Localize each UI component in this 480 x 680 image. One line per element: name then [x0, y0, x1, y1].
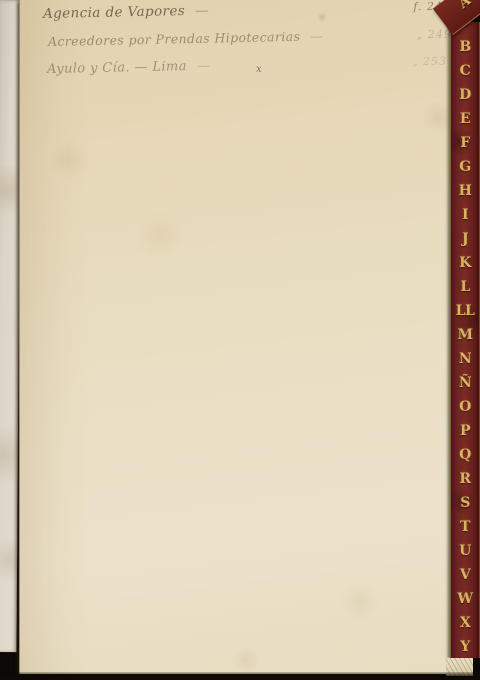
- scanned-ledger-index-page: Agencia de Vapores — f. 248 Acreedores p…: [0, 0, 480, 680]
- index-tab-letter-o: O: [451, 396, 479, 418]
- index-tab-letter-c: C: [451, 60, 479, 82]
- entry-title: Acreedores por Prendas Hipotecarias: [48, 29, 301, 49]
- index-entry: Agencia de Vapores — f. 248: [43, 0, 451, 22]
- index-tab-letter-b: B: [451, 36, 479, 58]
- index-tab-letter-l: L: [451, 276, 479, 298]
- entry-rule-dash: —: [195, 3, 209, 19]
- index-tab-letter-e: E: [451, 108, 479, 130]
- index-entry: Ayulo y Cía. — Lima — „ 253: [47, 54, 447, 77]
- index-tab-letter-y: Y: [451, 636, 479, 658]
- entry-title: Ayulo y Cía. — Lima: [47, 59, 187, 77]
- index-tab-letter-x: X: [451, 612, 479, 634]
- index-tab-letter-j: J: [451, 228, 479, 250]
- alphabet-thumb-index-ribbon: BCDEFGHIJKLLLMNÑOPQRSTUVWXY: [450, 22, 480, 658]
- index-tab-letter-p: P: [451, 420, 479, 442]
- entry-folio-number: „ 253: [412, 55, 447, 69]
- index-tab-letter-v: V: [451, 564, 479, 586]
- index-tab-letter-n: N: [451, 348, 479, 370]
- index-tab-letter-k: K: [451, 252, 479, 274]
- index-entry: Acreedores por Prendas Hipotecarias — „ …: [48, 26, 452, 49]
- entry-title: Agencia de Vapores: [43, 3, 185, 22]
- entry-folio-number: „ 249: [417, 28, 452, 42]
- index-tab-letter-ñ: Ñ: [451, 372, 479, 394]
- index-tab-letter-a: A: [456, 0, 474, 12]
- entry-rule-dash: —: [197, 59, 211, 74]
- index-tab-letter-w: W: [451, 588, 479, 610]
- index-tab-letter-i: I: [451, 204, 479, 226]
- index-tab-letter-g: G: [451, 156, 479, 178]
- index-tab-letter-s: S: [451, 492, 479, 514]
- index-tab-letter-ll: LL: [451, 300, 479, 322]
- stray-ink-mark: x: [256, 64, 262, 75]
- index-tab-letter-u: U: [451, 540, 479, 562]
- index-tab-letter-h: H: [451, 180, 479, 202]
- entry-rule-dash: —: [310, 28, 323, 43]
- index-tab-letter-r: R: [451, 468, 479, 490]
- index-page-paper: Agencia de Vapores — f. 248 Acreedores p…: [19, 0, 458, 674]
- index-tab-letter-t: T: [451, 516, 479, 538]
- index-tab-letter-f: F: [451, 132, 479, 154]
- index-tab-letter-q: Q: [451, 444, 479, 466]
- scan-background-bottom: [0, 672, 480, 680]
- index-tab-letter-m: M: [451, 324, 479, 346]
- index-tab-letter-d: D: [451, 84, 479, 106]
- facing-page-edge: [0, 0, 21, 652]
